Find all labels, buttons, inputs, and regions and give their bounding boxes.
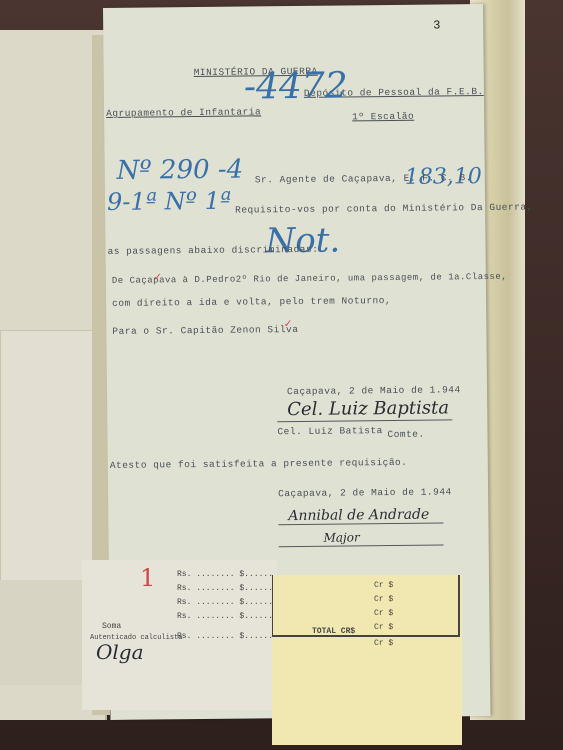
total-label: TOTAL CR$	[312, 627, 355, 636]
left-unit: Agrupamento de Infantaria	[106, 106, 261, 119]
attestation-signature: Annibal de Andrade	[288, 507, 429, 524]
sig1-title: Comte.	[387, 429, 424, 440]
form-row: Rs. ........ $......	[177, 570, 273, 579]
signature-line	[279, 544, 444, 547]
cr-row: Cr $	[374, 595, 393, 604]
calculist-signature: Olga	[96, 640, 144, 664]
route-line: De Caçapava à D.Pedro2º Rio de Janeiro, …	[112, 272, 507, 286]
handwritten-top-number: -4472	[244, 65, 348, 107]
yellow-total-form: Cr $ Cr $ Cr $ Cr $ TOTAL CR$ Cr $	[272, 575, 462, 745]
red-check-mark: ✓	[154, 269, 161, 284]
attestation-text: Atesto que foi satisfeita a presente req…	[110, 457, 408, 471]
sig1-name: Cel. Luiz Batista	[277, 425, 383, 437]
soma-value: Rs. ........ $......	[177, 632, 273, 641]
form-row: Rs. ........ $......	[177, 612, 273, 621]
passenger-line: Para o Sr. Capitão Zenon Silva	[112, 324, 298, 337]
cr-row: Cr $	[374, 609, 393, 618]
form-row: Rs. ........ $......	[177, 598, 273, 607]
calculation-form-slip: 1 Rs. ........ $...... Rs. ........ $...…	[82, 560, 277, 710]
cr-row: Cr $	[374, 581, 393, 590]
cr-row: Cr $	[374, 623, 393, 632]
red-form-number: 1	[140, 564, 155, 592]
handwritten-ref-number: Nº 290 -4	[117, 155, 244, 186]
sig1-place-date: Caçapava, 2 de Maio de 1.944	[287, 384, 461, 397]
page-number: 3	[433, 18, 441, 32]
passages-intro: as passagens abaixo discriminadas:	[107, 244, 318, 257]
addressee: Sr. Agente de Caçapava, E. F. C. B.	[255, 172, 472, 185]
handwritten-ref-line2: 9-1ª Nº 1ª	[107, 187, 232, 216]
form-box	[272, 575, 460, 637]
left-bottom-slip	[0, 580, 82, 685]
soma-label: Soma	[102, 622, 121, 631]
sig1-signature: Cel. Luiz Baptista	[287, 397, 449, 420]
form-row: Rs. ........ $......	[177, 584, 273, 593]
route-line-2: com direito a ida e volta, pelo trem Not…	[112, 295, 391, 309]
attestation-place-date: Caçapava, 2 de Maio de 1.944	[278, 486, 452, 499]
left-slip-paper	[0, 330, 102, 582]
echelon: 1º Escalão	[352, 111, 414, 123]
attestation-rank: Major	[323, 530, 359, 544]
total-value: Cr $	[374, 639, 393, 648]
red-check-mark: ✓	[284, 316, 291, 331]
